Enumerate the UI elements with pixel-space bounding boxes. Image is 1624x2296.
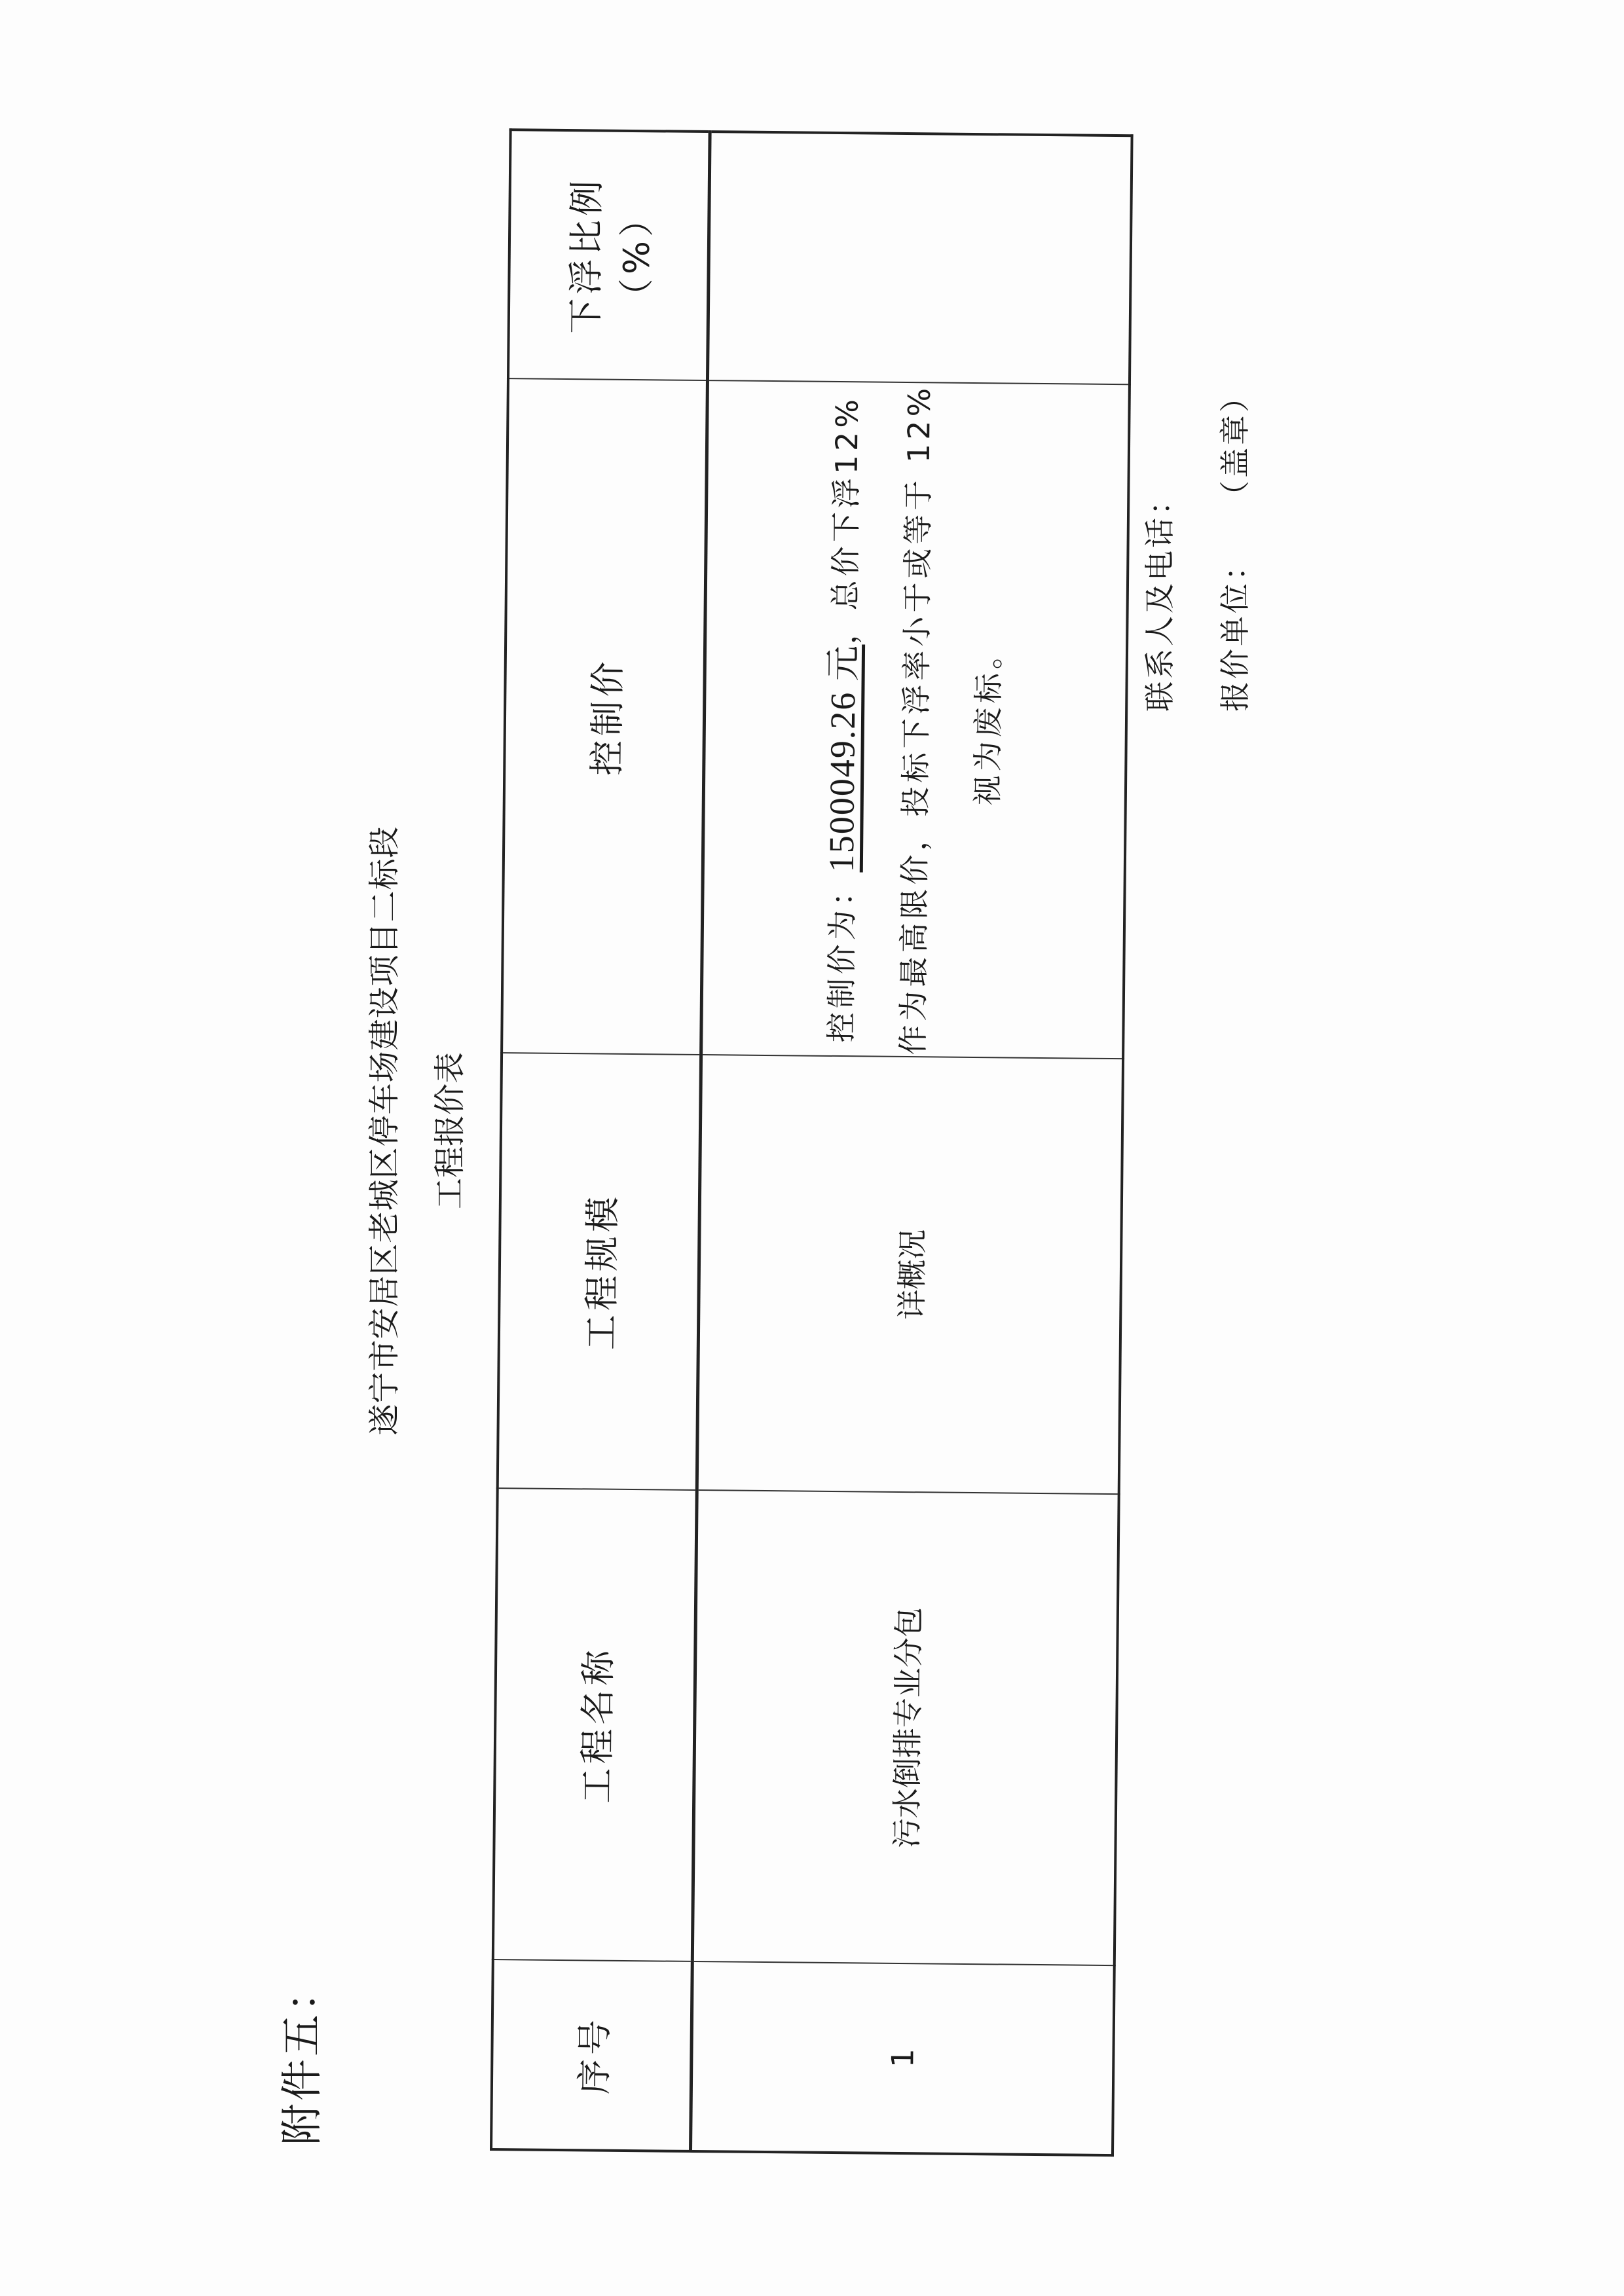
header-control-price: 控制价 bbox=[502, 378, 707, 1055]
header-discount-rate: 下浮比例（%） bbox=[508, 130, 710, 380]
contact-line: 联系人及电话： bbox=[1136, 483, 1179, 712]
quoting-unit-label: 报价单位： bbox=[1217, 548, 1253, 712]
contact-label: 联系人及电话： bbox=[1142, 483, 1177, 712]
header-project-name: 工程名称 bbox=[493, 1488, 697, 1961]
document-subtitle: 工程报价表 bbox=[424, 738, 470, 1523]
table-row: 1 污水倒排专业分包 详概况 控制价为：1500049.26 元，总价下浮12%… bbox=[691, 132, 1132, 2155]
header-seq: 序号 bbox=[491, 1959, 692, 2151]
document-page: 附件五： 遂宁市安居区老城区停车场建设项目二标段 工程报价表 序号 工程名称 工… bbox=[0, 0, 1624, 2296]
cell-project-name: 污水倒排专业分包 bbox=[692, 1490, 1118, 1965]
cell-control-price: 控制价为：1500049.26 元，总价下浮12%作为最高限价，投标下浮率小于或… bbox=[701, 380, 1130, 1059]
table-header-row: 序号 工程名称 工程规模 控制价 下浮比例（%） bbox=[491, 130, 710, 2151]
control-price-amount: 1500049.26 元 bbox=[822, 644, 863, 873]
attachment-label: 附件五： bbox=[268, 1967, 329, 2145]
quotation-table: 序号 工程名称 工程规模 控制价 下浮比例（%） 1 污水倒排专业分包 详概况 … bbox=[490, 128, 1134, 2157]
seal-label: （盖章） bbox=[1217, 380, 1253, 496]
cell-discount-rate[interactable] bbox=[707, 132, 1132, 384]
document-title: 遂宁市安居区老城区停车场建设项目二标段 bbox=[359, 738, 404, 1523]
quoting-unit-line: 报价单位：（盖章） bbox=[1211, 380, 1255, 712]
cell-project-scale: 详概况 bbox=[697, 1055, 1123, 1494]
header-project-scale: 工程规模 bbox=[498, 1053, 701, 1490]
cell-seq: 1 bbox=[691, 1961, 1115, 2155]
control-price-prefix: 控制价为： bbox=[823, 872, 860, 1043]
